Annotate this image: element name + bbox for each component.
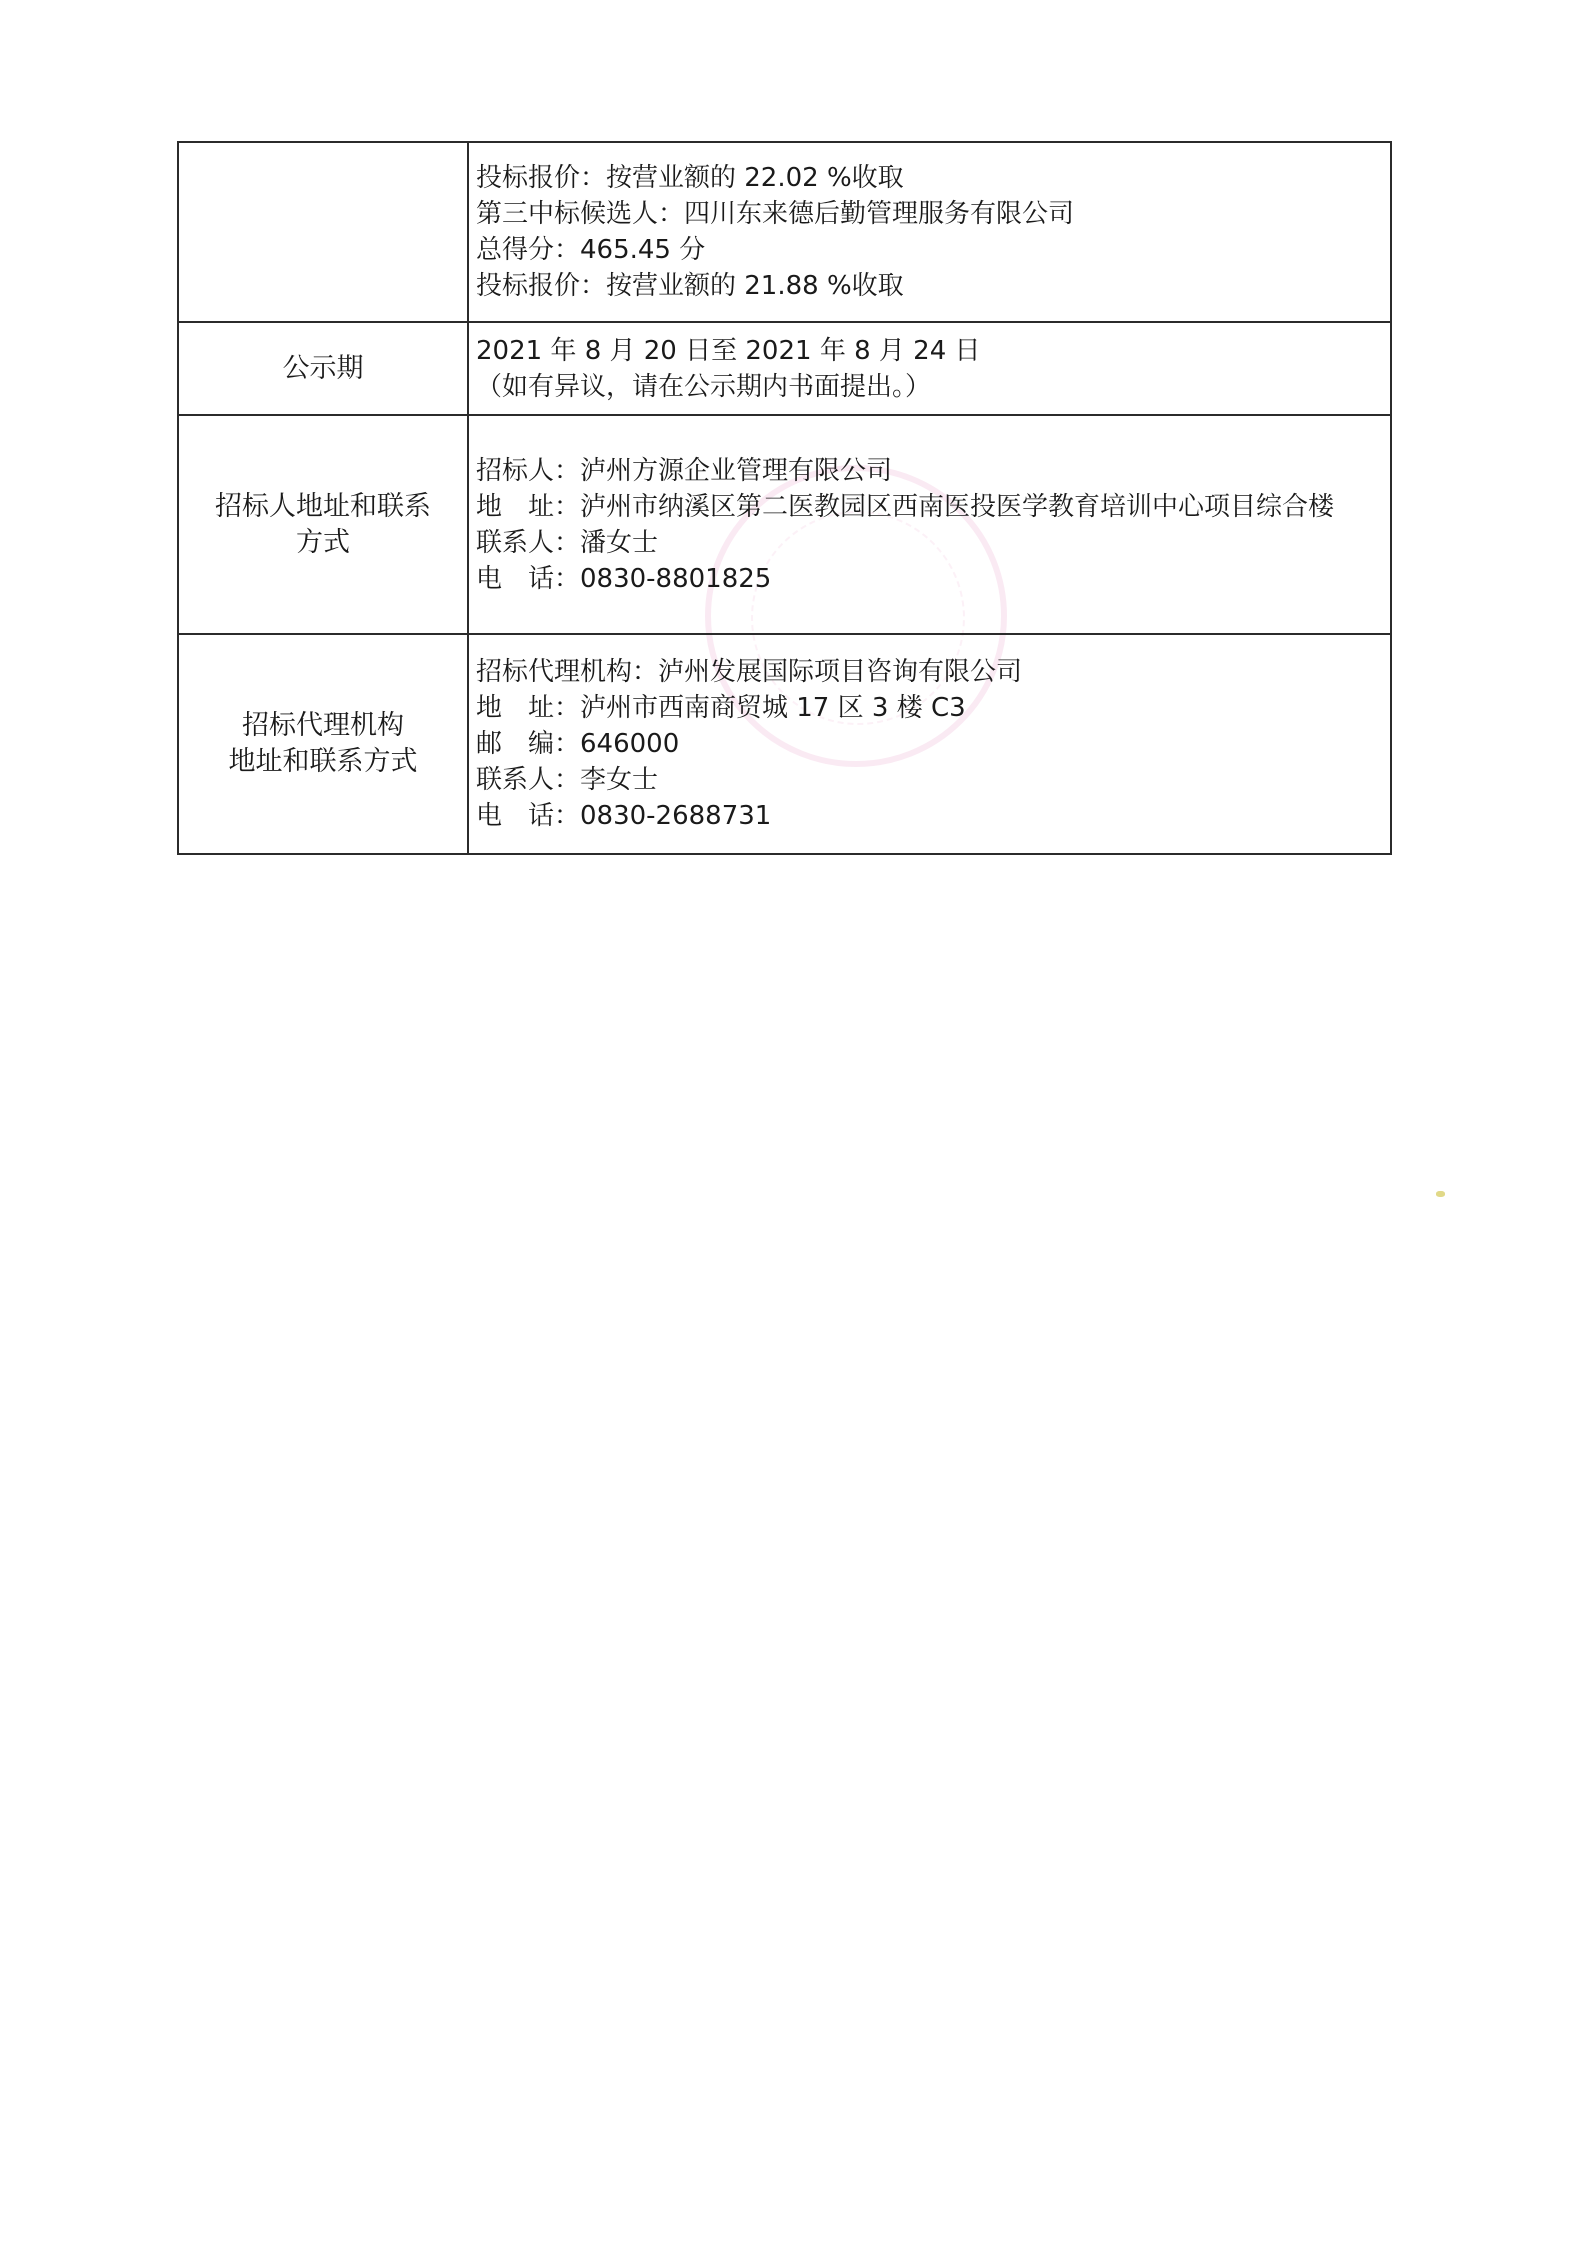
- agency-postcode: 邮 编：646000: [476, 726, 1386, 762]
- agency-contact-label-line1: 招标代理机构: [179, 708, 467, 744]
- agency-name: 招标代理机构：泸州发展国际项目咨询有限公司: [476, 654, 1386, 690]
- publicity-period-label: 公示期: [179, 351, 467, 387]
- row-label-empty: [178, 142, 468, 322]
- bid-price-second: 投标报价：按营业额的 22.02 %收取: [476, 160, 1386, 196]
- agency-contact-person: 联系人：李女士: [476, 762, 1386, 798]
- third-candidate-bid-price: 投标报价：按营业额的 21.88 %收取: [476, 268, 1386, 304]
- publicity-date-range: 2021 年 8 月 20 日至 2021 年 8 月 24 日: [476, 333, 1386, 369]
- row-label-publicity-period: 公示期: [178, 322, 468, 415]
- agency-address: 地 址：泸州市西南商贸城 17 区 3 楼 C3: [476, 690, 1386, 726]
- tenderer-contact-label-line1: 招标人地址和联系: [179, 489, 467, 525]
- table-row-third-candidate: 投标报价：按营业额的 22.02 %收取 第三中标候选人：四川东来德后勤管理服务…: [178, 142, 1391, 322]
- document-page: 投标报价：按营业额的 22.02 %收取 第三中标候选人：四川东来德后勤管理服务…: [0, 0, 1586, 2242]
- objection-note: （如有异议，请在公示期内书面提出。）: [476, 369, 1386, 405]
- bid-result-notice-table: 投标报价：按营业额的 22.02 %收取 第三中标候选人：四川东来德后勤管理服务…: [177, 141, 1392, 855]
- row-content-candidate-details: 投标报价：按营业额的 22.02 %收取 第三中标候选人：四川东来德后勤管理服务…: [468, 142, 1391, 322]
- row-label-agency-contact: 招标代理机构 地址和联系方式: [178, 634, 468, 854]
- third-candidate-score: 总得分：465.45 分: [476, 232, 1386, 268]
- row-content-publicity-period: 2021 年 8 月 20 日至 2021 年 8 月 24 日 （如有异议，请…: [468, 322, 1391, 415]
- tenderer-contact-label-line2: 方式: [179, 525, 467, 561]
- table-row-tenderer-contact: 招标人地址和联系 方式 招标人：泸州方源企业管理有限公司 地 址：泸州市纳溪区第…: [178, 415, 1391, 634]
- table-row-publicity-period: 公示期 2021 年 8 月 20 日至 2021 年 8 月 24 日 （如有…: [178, 322, 1391, 415]
- row-content-agency-contact: 招标代理机构：泸州发展国际项目咨询有限公司 地 址：泸州市西南商贸城 17 区 …: [468, 634, 1391, 854]
- tenderer-name: 招标人：泸州方源企业管理有限公司: [476, 453, 1386, 489]
- row-label-tenderer-contact: 招标人地址和联系 方式: [178, 415, 468, 634]
- table-row-agency-contact: 招标代理机构 地址和联系方式 招标代理机构：泸州发展国际项目咨询有限公司 地 址…: [178, 634, 1391, 854]
- row-content-tenderer-contact: 招标人：泸州方源企业管理有限公司 地 址：泸州市纳溪区第二医教园区西南医投医学教…: [468, 415, 1391, 634]
- tenderer-phone: 电 话：0830-8801825: [476, 561, 1386, 597]
- third-candidate-name: 第三中标候选人：四川东来德后勤管理服务有限公司: [476, 196, 1386, 232]
- agency-phone: 电 话：0830-2688731: [476, 798, 1386, 834]
- tenderer-address: 地 址：泸州市纳溪区第二医教园区西南医投医学教育培训中心项目综合楼: [476, 489, 1386, 525]
- scan-speck: [1436, 1191, 1445, 1197]
- tenderer-contact-person: 联系人：潘女士: [476, 525, 1386, 561]
- agency-contact-label-line2: 地址和联系方式: [179, 744, 467, 780]
